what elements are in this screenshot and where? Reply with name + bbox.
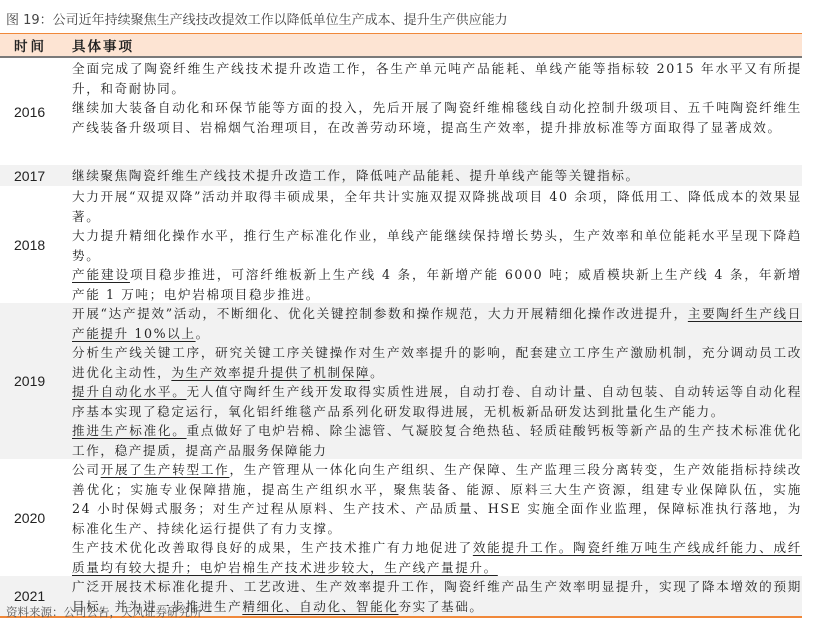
row-paragraph: 大力提升精细化操作水平，推行生产标准化作业，单线产能继续保持增长势头，生产效率和…: [72, 226, 802, 265]
row-paragraph: 分析生产线关键工序，研究关键工序关键操作对生产效率提升的影响，配套建立工序生产激…: [72, 343, 802, 382]
row-paragraph: 全面完成了陶瓷纤维生产线技术提升改造工作，各生产单元吨产品能耗、单线产能等指标较…: [72, 59, 802, 98]
table-row-2017: 2017 继续聚焦陶瓷纤维生产线技术提升改造工作，降低吨产品能耗、提升单线产能等…: [0, 165, 802, 186]
events-table: 时间 具体事项 2016 全面完成了陶瓷纤维生产线技术提升改造工作，各生产单元吨…: [0, 33, 802, 618]
text-segment: 。: [196, 326, 210, 341]
row-paragraph: 生产技术优化改善取得良好的成果，生产技术推广有力地促进了效能提升工作。陶瓷纤维万…: [72, 538, 802, 577]
text-segment: 生产技术优化改善取得良好的成果，生产技术推广有力地促进了: [72, 540, 473, 555]
table-row-2018: 2018 大力开展“双提双降”活动并取得丰硕成果，全年共计实施双提双降挑战项目 …: [0, 186, 802, 303]
source-note: 资料来源：公司公告，天风证券研究所: [6, 604, 202, 620]
row-content: 全面完成了陶瓷纤维生产线技术提升改造工作，各生产单元吨产品能耗、单线产能等指标较…: [72, 58, 802, 165]
row-paragraph: 继续加大装备自动化和环保节能等方面的投入，先后开展了陶瓷纤维棉毯线自动化控制升级…: [72, 98, 802, 137]
highlighted-text: 为生产效率提升提供了机制保障: [171, 365, 370, 380]
text-segment: 夯实了基础。: [398, 599, 483, 614]
row-year: 2020: [0, 459, 72, 576]
table-header: 时间 具体事项: [0, 34, 802, 58]
highlighted-text: 提升自动化水平。: [72, 384, 187, 399]
row-content: 继续聚焦陶瓷纤维生产线技术提升改造工作，降低吨产品能耗、提升单线产能等关键指标。: [72, 165, 802, 186]
table-row-2016: 2016 全面完成了陶瓷纤维生产线技术提升改造工作，各生产单元吨产品能耗、单线产…: [0, 58, 802, 165]
header-items: 具体事项: [72, 35, 134, 55]
text-segment: 公司: [72, 462, 101, 477]
row-paragraph: 开展“达产提效”活动，不断细化、优化关键控制参数和操作规范，大力开展精细化操作改…: [72, 304, 802, 343]
text-segment: 。: [370, 365, 384, 380]
highlighted-text: 推进生产标准化。: [72, 423, 187, 438]
row-paragraph: 公司开展了生产转型工作，生产管理从一体化向生产组织、生产保障、生产监理三段分离转…: [72, 460, 802, 538]
text-segment: 全面完成了陶瓷纤维生产线技术提升改造工作，各生产单元吨产品能耗、单线产能等指标较…: [72, 61, 802, 96]
text-segment: 项目稳步推进，可溶纤维板新上生产线 4 条，年新增产能 6000 吨；威盾模块新…: [72, 267, 802, 302]
row-paragraph: 提升自动化水平。无人值守陶纤生产线开发取得实质性进展，自动打卷、自动计量、自动包…: [72, 382, 802, 421]
row-year: 2017: [0, 165, 72, 186]
row-year: 2019: [0, 303, 72, 459]
text-segment: 继续聚焦陶瓷纤维生产线技术提升改造工作，降低吨产品能耗、提升单线产能等关键指标。: [72, 168, 640, 183]
row-paragraph: 产能建设项目稳步推进，可溶纤维板新上生产线 4 条，年新增产能 6000 吨；威…: [72, 265, 802, 304]
row-paragraph: 推进生产标准化。重点做好了电炉岩棉、除尘滤管、气凝胶复合绝热毡、轻质硅酸钙板等新…: [72, 421, 802, 460]
highlighted-text: 产能建设: [72, 267, 130, 282]
table-row-2019: 2019 开展“达产提效”活动，不断细化、优化关键控制参数和操作规范，大力开展精…: [0, 303, 802, 459]
text-segment: 大力提升精细化操作水平，推行生产标准化作业，单线产能继续保持增长势头，生产效率和…: [72, 228, 802, 263]
row-content: 开展“达产提效”活动，不断细化、优化关键控制参数和操作规范，大力开展精细化操作改…: [72, 303, 802, 459]
row-content: 大力开展“双提双降”活动并取得丰硕成果，全年共计实施双提双降挑战项目 40 余项…: [72, 186, 802, 303]
row-year: 2016: [0, 58, 72, 165]
highlighted-text: 开展了生产转型工作: [101, 462, 230, 477]
highlighted-text: 精细化、自动化、智能化: [242, 599, 398, 614]
figure-title: 图 19：公司近年持续聚焦生产线技改提效工作以降低单位生产成本、提升生产供应能力: [6, 9, 508, 28]
text-segment: 大力开展“双提双降”活动并取得丰硕成果，全年共计实施双提双降挑战项目 40 余项…: [72, 189, 802, 224]
text-segment: 继续加大装备自动化和环保节能等方面的投入，先后开展了陶瓷纤维棉毯线自动化控制升级…: [72, 100, 802, 135]
table-body: 2016 全面完成了陶瓷纤维生产线技术提升改造工作，各生产单元吨产品能耗、单线产…: [0, 58, 802, 616]
row-year: 2018: [0, 186, 72, 303]
row-paragraph: 大力开展“双提双降”活动并取得丰硕成果，全年共计实施双提双降挑战项目 40 余项…: [72, 187, 802, 226]
header-time: 时间: [0, 35, 72, 55]
table-row-2020: 2020 公司开展了生产转型工作，生产管理从一体化向生产组织、生产保障、生产监理…: [0, 459, 802, 576]
row-paragraph: 继续聚焦陶瓷纤维生产线技术提升改造工作，降低吨产品能耗、提升单线产能等关键指标。: [72, 166, 802, 186]
row-content: 公司开展了生产转型工作，生产管理从一体化向生产组织、生产保障、生产监理三段分离转…: [72, 459, 802, 576]
text-segment: 开展“达产提效”活动，不断细化、优化关键控制参数和操作规范，大力开展精细化操作改…: [72, 306, 688, 321]
